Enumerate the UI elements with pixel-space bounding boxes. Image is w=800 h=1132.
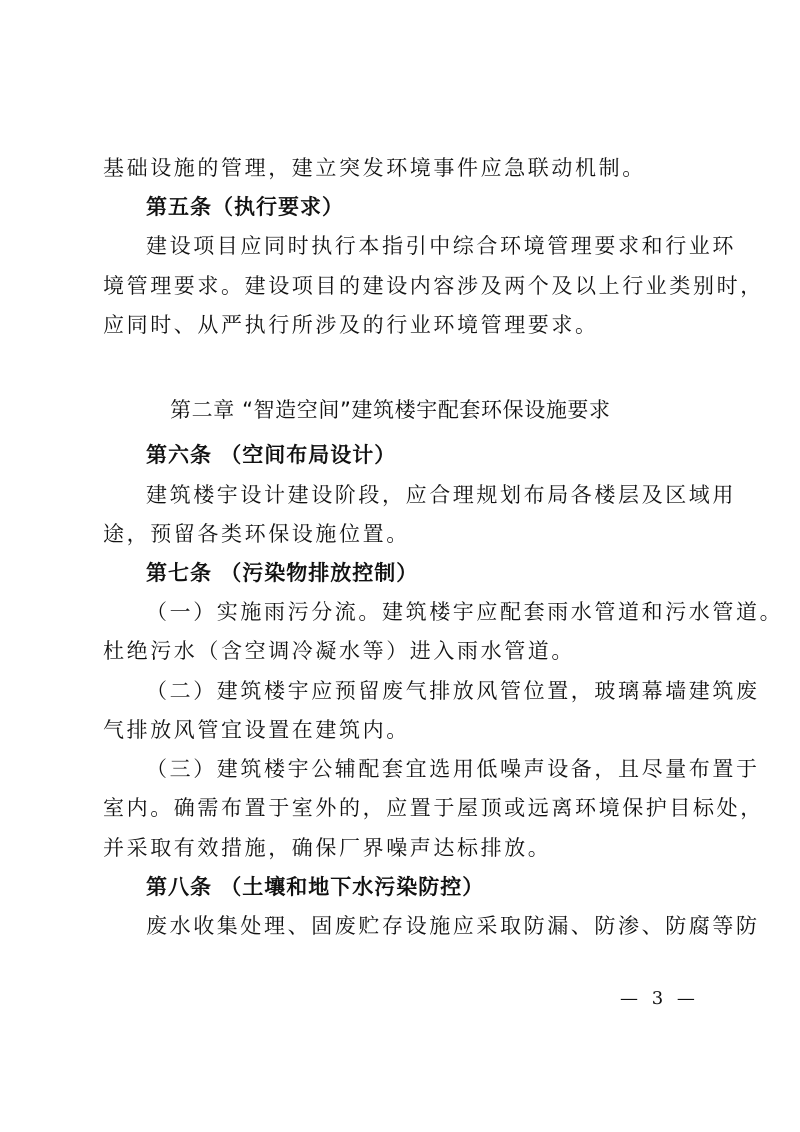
paragraph-line: 气排放风管宜设置在建筑内。 bbox=[103, 717, 703, 743]
paragraph-line: 并采取有效措施，确保厂界噪声达标排放。 bbox=[103, 835, 703, 861]
paragraph-line: 杜绝污水（含空调冷凝水等）进入雨水管道。 bbox=[103, 638, 703, 664]
article-heading-8: 第八条 （土壤和地下水污染防控） bbox=[146, 874, 746, 900]
paragraph-line: （一）实施雨污分流。建筑楼宇应配套雨水管道和污水管道。 bbox=[146, 599, 746, 625]
paragraph-line: 室内。确需布置于室外的，应置于屋顶或远离环境保护目标处， bbox=[103, 795, 703, 821]
chapter-title: 第二章 “智造空间”建筑楼宇配套环保设施要求 bbox=[170, 397, 770, 423]
paragraph-line: （二）建筑楼宇应预留废气排放风管位置，玻璃幕墙建筑废 bbox=[146, 678, 746, 704]
page-number: — 3 — bbox=[620, 988, 699, 1009]
paragraph-line: 建设项目应同时执行本指引中综合环境管理要求和行业环 bbox=[146, 233, 746, 259]
article-heading-5: 第五条（执行要求） bbox=[146, 194, 746, 220]
paragraph-line: 废水收集处理、固废贮存设施应采取防漏、防渗、防腐等防 bbox=[146, 913, 746, 939]
article-heading-7: 第七条 （污染物排放控制） bbox=[146, 560, 746, 586]
paragraph-line: 应同时、从严执行所涉及的行业环境管理要求。 bbox=[103, 312, 703, 338]
article-heading-6: 第六条 （空间布局设计） bbox=[146, 442, 746, 468]
document-page: 基础设施的管理，建立突发环境事件应急联动机制。 第五条（执行要求） 建设项目应同… bbox=[0, 0, 800, 1132]
paragraph-line: （三）建筑楼宇公辅配套宜选用低噪声设备，且尽量布置于 bbox=[146, 756, 746, 782]
paragraph-line: 建筑楼宇设计建设阶段，应合理规划布局各楼层及区域用 bbox=[146, 482, 746, 508]
paragraph-line: 基础设施的管理，建立突发环境事件应急联动机制。 bbox=[103, 155, 703, 181]
paragraph-line: 途，预留各类环保设施位置。 bbox=[103, 521, 703, 547]
paragraph-line: 境管理要求。建设项目的建设内容涉及两个及以上行业类别时， bbox=[103, 273, 703, 299]
